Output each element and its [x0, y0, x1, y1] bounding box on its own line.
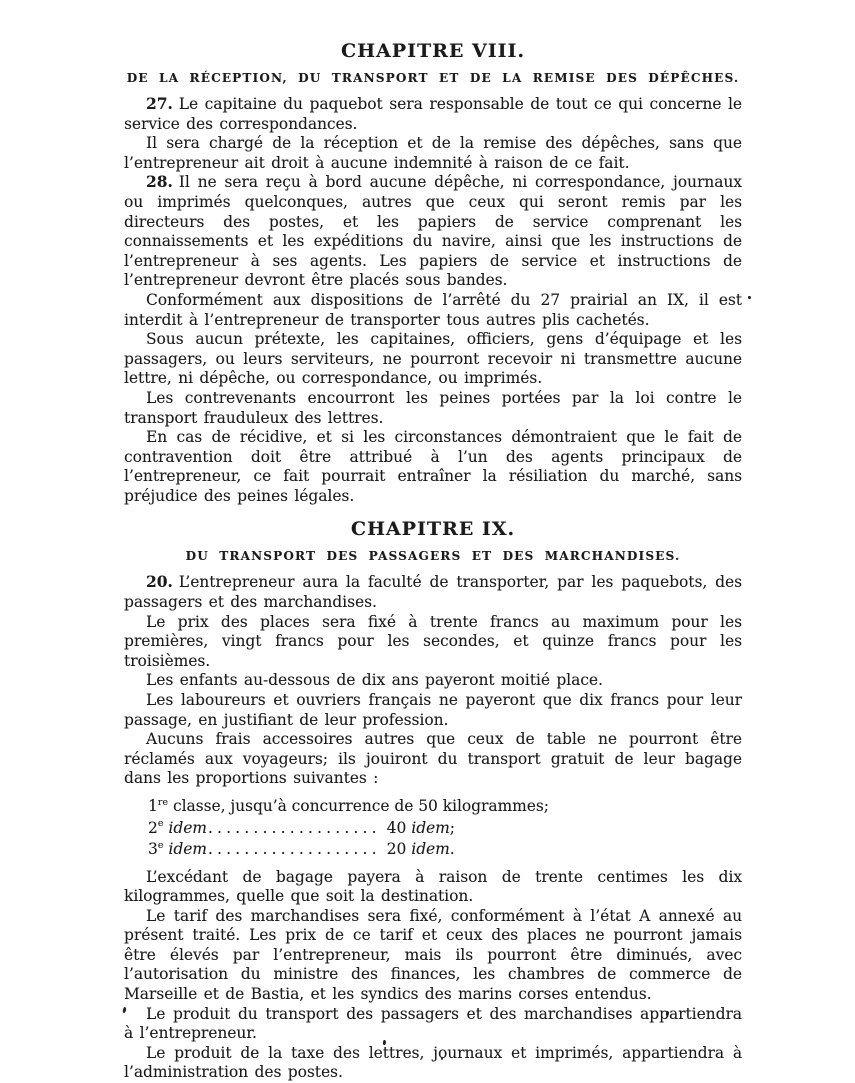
baggage-line-first-class: 1reclasse, jusqu’à concurrence de 50 kil…	[148, 796, 742, 818]
paragraph-text: Les laboureurs et ouvriers français ne p…	[124, 691, 742, 729]
baggage-line-second-class: 2eidem...................40idem;	[148, 818, 742, 840]
idem-word: idem	[168, 840, 206, 858]
paragraph: Conformément aux dispositions de l’arrêt…	[124, 291, 742, 330]
paragraph-text: Conformément aux dispositions de l’arrêt…	[124, 291, 742, 329]
paragraph: En cas de récidive, et si les circonstan…	[124, 428, 742, 506]
paragraph: Les contrevenants encourront les peines …	[124, 389, 742, 428]
chapter-viii-section: CHAPITRE VIII. DE LA RÉCEPTION, DU TRANS…	[124, 40, 742, 506]
baggage-line-text: classe, jusqu’à concurrence de 50 kilogr…	[173, 797, 549, 815]
paragraph: Le produit du transport des passagers et…	[124, 1005, 742, 1044]
paragraph: Le prix des places sera fixé à trente fr…	[124, 613, 742, 672]
paragraph-article-20: 20.L’entrepreneur aura la faculté de tra…	[124, 573, 742, 612]
paragraph-text: Le tarif des marchandises sera fixé, con…	[124, 907, 742, 1003]
paragraph-text: Sous aucun prétexte, les capitaines, off…	[124, 330, 742, 387]
paragraph-text: Aucuns frais accessoires autres que ceux…	[124, 730, 742, 787]
idem-word: idem	[411, 840, 449, 858]
article-number: 27.	[146, 95, 173, 113]
paragraph-text: Il ne sera reçu à bord aucune dépêche, n…	[124, 173, 742, 289]
baggage-weight-value: 20	[387, 840, 407, 858]
paragraph-text: Le capitaine du paquebot sera responsabl…	[124, 95, 742, 133]
punctuation: .	[450, 840, 455, 858]
baggage-line-third-class: 3eidem...................20idem.	[148, 839, 742, 861]
text-column: CHAPITRE VIII. DE LA RÉCEPTION, DU TRANS…	[124, 40, 742, 1083]
paragraph-text: Il sera chargé de la réception et de la …	[124, 134, 742, 172]
paragraph: Le tarif des marchandises sera fixé, con…	[124, 907, 742, 1005]
baggage-weight-value: 40	[387, 819, 407, 837]
dot-leaders: ...................	[208, 819, 381, 837]
scan-speck	[748, 296, 751, 299]
chapter-viii-title: CHAPITRE VIII.	[124, 40, 742, 62]
article-number: 20.	[146, 573, 173, 591]
class-number: 2	[148, 819, 158, 837]
idem-word: idem	[168, 819, 206, 837]
paragraph-text: Le produit de la taxe des lettres, journ…	[124, 1044, 742, 1082]
chapter-viii-subtitle: DE LA RÉCEPTION, DU TRANSPORT ET DE LA R…	[124, 71, 742, 85]
paragraph-text: Le prix des places sera fixé à trente fr…	[124, 613, 742, 670]
dot-leaders: ...................	[208, 840, 381, 858]
scan-speck	[441, 1057, 443, 1060]
idem-word: idem	[411, 819, 449, 837]
paragraph: Aucuns frais accessoires autres que ceux…	[124, 730, 742, 789]
paragraph-text: En cas de récidive, et si les circonstan…	[124, 428, 742, 505]
paragraph: Le produit de la taxe des lettres, journ…	[124, 1044, 742, 1083]
chapter-ix-subtitle: DU TRANSPORT DES PASSAGERS ET DES MARCHA…	[124, 549, 742, 563]
article-number: 28.	[146, 173, 173, 191]
scanned-page: CHAPITRE VIII. DE LA RÉCEPTION, DU TRANS…	[0, 0, 855, 1083]
paragraph-text: L’entrepreneur aura la faculté de transp…	[124, 573, 742, 611]
paragraph-article-28: 28.Il ne sera reçu à bord aucune dépêche…	[124, 173, 742, 291]
paragraph: Les laboureurs et ouvriers français ne p…	[124, 691, 742, 730]
punctuation: ;	[450, 819, 455, 837]
class-ordinal-suffix: re	[158, 797, 168, 808]
chapter-ix-section: CHAPITRE IX. DU TRANSPORT DES PASSAGERS …	[124, 518, 742, 1083]
paragraph: Il sera chargé de la réception et de la …	[124, 134, 742, 173]
paragraph: Sous aucun prétexte, les capitaines, off…	[124, 330, 742, 389]
paragraph: Les enfants au-dessous de dix ans payero…	[124, 671, 742, 691]
paragraph-article-27: 27.Le capitaine du paquebot sera respons…	[124, 95, 742, 134]
paragraph-text: Les contrevenants encourront les peines …	[124, 389, 742, 427]
class-number: 1	[148, 797, 158, 815]
paragraph-text: Les enfants au-dessous de dix ans payero…	[146, 671, 603, 689]
class-ordinal-suffix: e	[158, 840, 164, 851]
baggage-allowance-list: 1reclasse, jusqu’à concurrence de 50 kil…	[124, 796, 742, 861]
paragraph: L’excédant de bagage payera à raison de …	[124, 868, 742, 907]
class-number: 3	[148, 840, 158, 858]
chapter-ix-title: CHAPITRE IX.	[124, 518, 742, 540]
paragraph-text: Le produit du transport des passagers et…	[124, 1005, 742, 1043]
paragraph-text: L’excédant de bagage payera à raison de …	[124, 868, 742, 906]
class-ordinal-suffix: e	[158, 818, 164, 829]
